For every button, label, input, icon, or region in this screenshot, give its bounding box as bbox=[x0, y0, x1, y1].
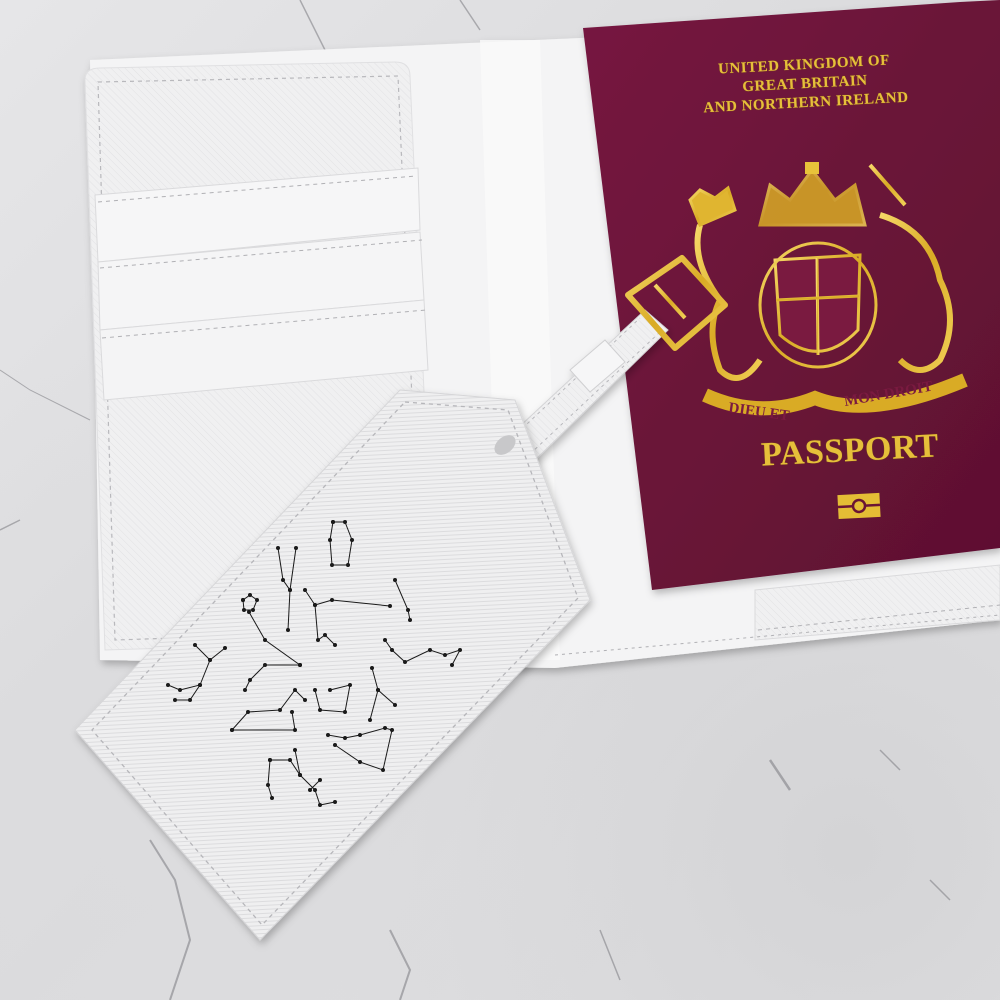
biometric-chip-icon bbox=[837, 493, 880, 519]
product-photo: DIEU ET MON DROIT UNITED KINGDOM OF GREA… bbox=[0, 0, 1000, 1000]
card-slots bbox=[95, 168, 428, 400]
photo-canvas: DIEU ET MON DROIT bbox=[0, 0, 1000, 1000]
